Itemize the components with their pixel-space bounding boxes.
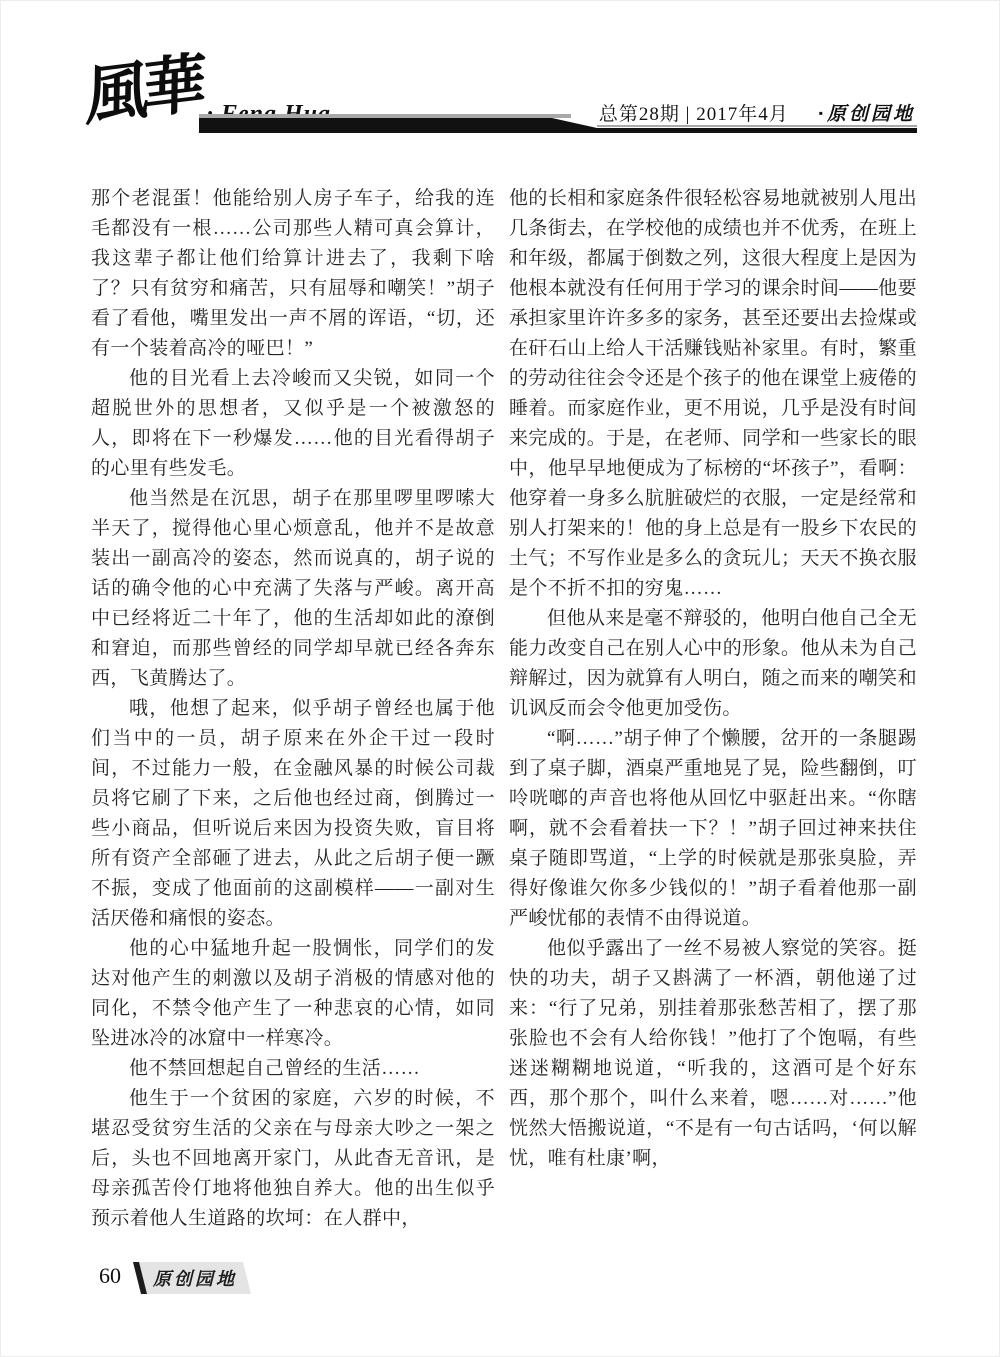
footer-section-label: 原创园地: [153, 1265, 237, 1291]
text-column-left: 那个老混蛋！他能给别人房子车子，给我的连毛都没有一根……公司那些人精可真会算计，…: [91, 184, 495, 1234]
header-section-marker: ▪ 原创园地: [819, 99, 915, 126]
paragraph: “啊……”胡子伸了个懒腰，岔开的一条腿踢到了桌子脚，酒桌严重地晃了晃，险些翻倒，…: [509, 724, 917, 934]
magazine-logo-calligraphy: 風華: [85, 52, 201, 131]
paragraph: 他的心中猛地升起一股惆怅，同学们的发达对他产生的刺激以及胡子消极的情感对他的同化…: [91, 934, 495, 1054]
paragraph: 他的目光看上去冷峻而又尖锐，如同一个超脱世外的思想者，又似乎是一个被激怒的人，即…: [91, 364, 495, 484]
page-number: 60: [99, 1263, 121, 1289]
square-bullet-icon: ▪: [819, 106, 823, 121]
paragraph: 他的长相和家庭条件很轻松容易地就被别人甩出几条街去，在学校他的成绩也并不优秀，在…: [509, 184, 917, 604]
footer-section-badge: 原创园地: [133, 1262, 251, 1294]
paragraph: 但他从来是毫不辩驳的，他明白他自己全无能力改变自己在别人心中的形象。他从未为自己…: [509, 604, 917, 724]
issue-number-date: 总第28期 | 2017年4月: [599, 99, 789, 126]
magazine-page: 風華 · Feng Hua 总第28期 | 2017年4月 ▪ 原创园地 那个老…: [0, 0, 1000, 1357]
paragraph: 他生于一个贫困的家庭，六岁的时候，不堪忍受贫穷生活的父亲在与母亲大吵之一架之后，…: [91, 1084, 495, 1234]
paragraph: 他不禁回想起自己曾经的生活……: [91, 1054, 495, 1084]
paragraph: 那个老混蛋！他能给别人房子车子，给我的连毛都没有一根……公司那些人精可真会算计，…: [91, 184, 495, 364]
text-column-right: 他的长相和家庭条件很轻松容易地就被别人甩出几条街去，在学校他的成绩也并不优秀，在…: [509, 184, 917, 1174]
paragraph: 他当然是在沉思，胡子在那里啰里啰嗦大半天了，搅得他心里心烦意乱，他并不是故意装出…: [91, 484, 495, 694]
paragraph: 他似乎露出了一丝不易被人察觉的笑容。挺快的功夫，胡子又斟满了一杯酒，朝他递了过来…: [509, 934, 917, 1174]
issue-info-line: 总第28期 | 2017年4月 ▪ 原创园地: [599, 99, 915, 126]
paragraph: 哦，他想了起来，似乎胡子曾经也属于他们当中的一员，胡子原来在外企干过一段时间，不…: [91, 694, 495, 934]
header-section-label: 原创园地: [827, 99, 915, 126]
